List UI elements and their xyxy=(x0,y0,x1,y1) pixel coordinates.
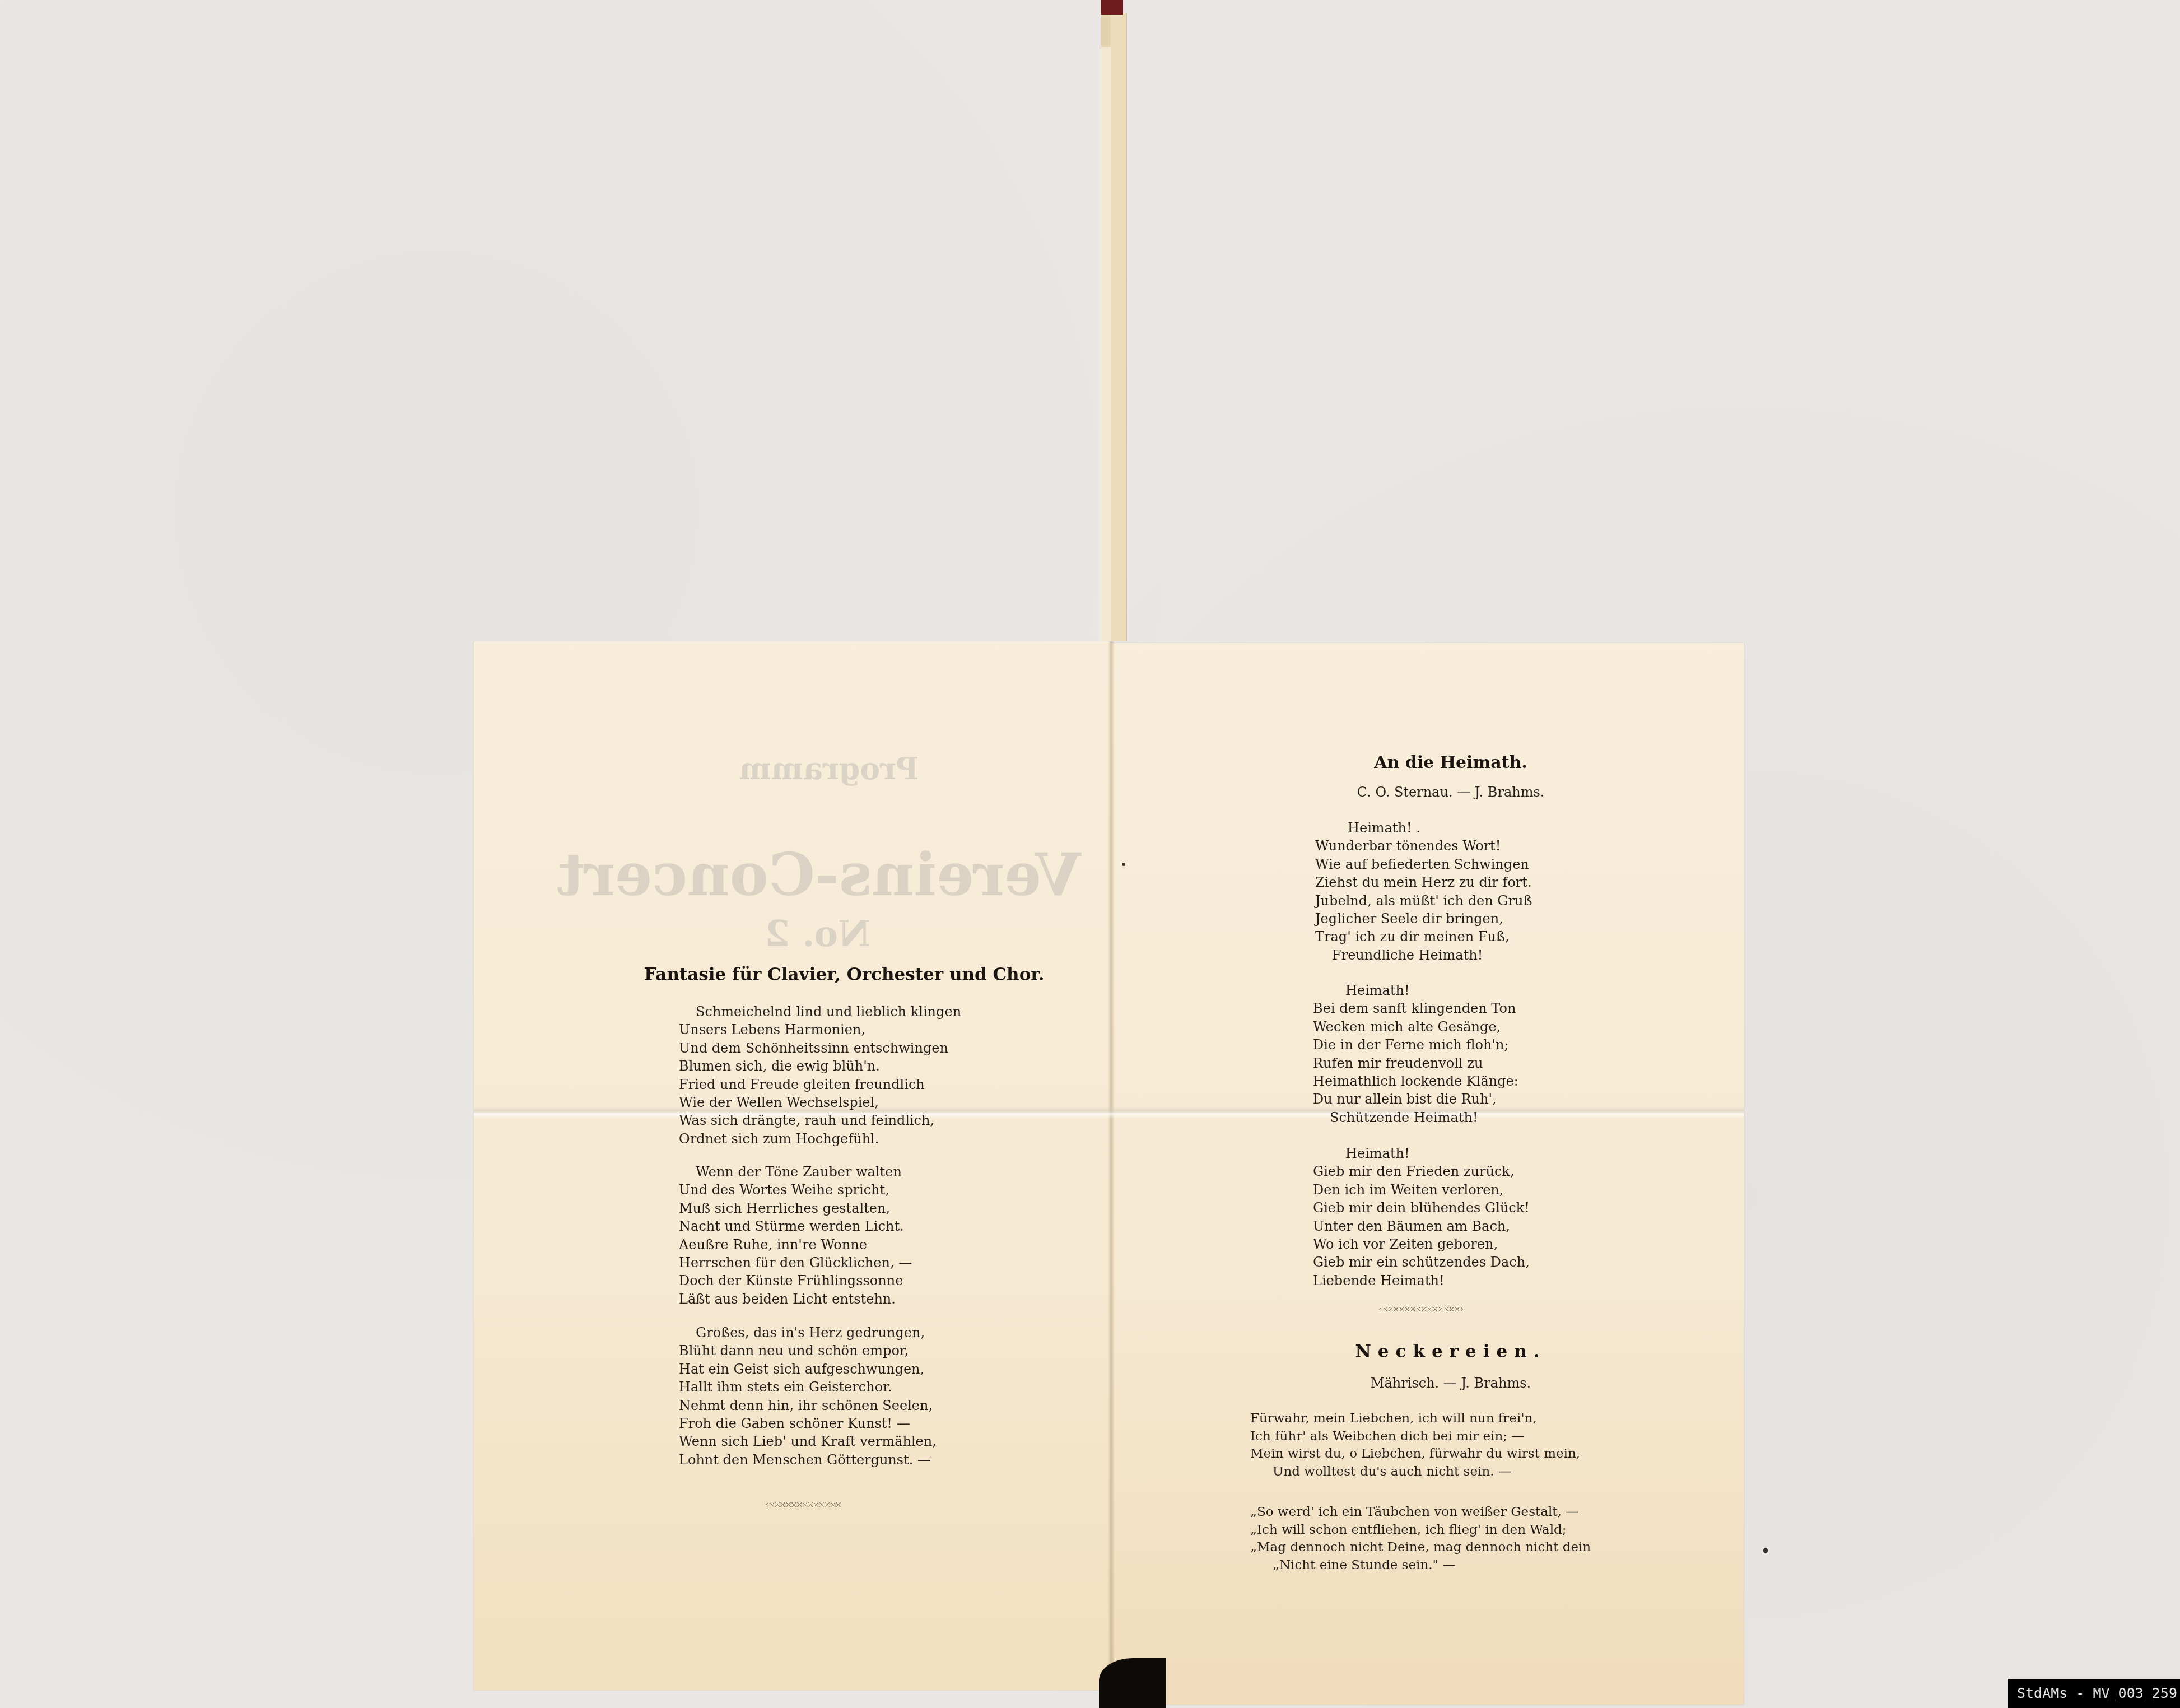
verse-line: Wenn der Töne Zauber walten xyxy=(679,1163,912,1181)
verse-line: Ordnet sich zum Hochgefühl. xyxy=(679,1130,961,1148)
verse-line: Doch der Künste Frühlingssonne xyxy=(679,1272,912,1290)
verse-line: Fried und Freude gleiten freundlich xyxy=(679,1076,961,1093)
neckereien-heading: Neckereien. xyxy=(1305,1342,1596,1362)
binding-cover-edge xyxy=(1101,0,1123,15)
verse-line: Blumen sich, die ewig blüh'n. xyxy=(679,1057,961,1075)
verse-line: Liebende Heimath! xyxy=(1313,1272,1530,1290)
verse-line: Heimath! xyxy=(1313,1144,1530,1162)
verse-line: Heimath! . xyxy=(1315,819,1532,837)
fantasie-stanza-3: Großes, das in's Herz gedrungen, Blüht d… xyxy=(679,1324,937,1469)
verse-line: Nehmt denn hin, ihr schönen Seelen, xyxy=(679,1397,937,1414)
verse-line: Unsers Lebens Harmonien, xyxy=(679,1021,961,1039)
verse-line: Muß sich Herrliches gestalten, xyxy=(679,1199,912,1217)
verse-line: Hallt ihm stets ein Geisterchor. xyxy=(679,1378,937,1396)
bleed-through-number: No. 2 xyxy=(745,913,891,955)
neckereien-stanza-1: Fürwahr, mein Liebchen, ich will nun fre… xyxy=(1250,1410,1580,1481)
verse-line: „Nicht eine Stunde sein." — xyxy=(1250,1557,1591,1575)
fantasie-heading: Fantasie für Clavier, Orchester und Chor… xyxy=(644,965,1014,985)
verse-line: Läßt aus beiden Licht entstehn. xyxy=(679,1290,912,1308)
verse-line: Wecken mich alte Gesänge, xyxy=(1313,1018,1518,1036)
bleed-through-programm: Programm xyxy=(711,751,947,786)
verse-line: „Ich will schon entfliehen, ich flieg' i… xyxy=(1250,1521,1591,1539)
verse-line: Freundliche Heimath! xyxy=(1315,946,1532,964)
fantasie-stanza-2: Wenn der Töne Zauber walten Und des Wort… xyxy=(679,1163,912,1308)
paper-speck xyxy=(1122,863,1125,866)
binding-paper-edge xyxy=(1109,13,1127,641)
verse-line: Gieb mir dein blühendes Glück! xyxy=(1313,1199,1530,1217)
verse-line: Gieb mir ein schützendes Dach, xyxy=(1313,1253,1530,1271)
archive-signature-label: StdAMs - MV_003_259 xyxy=(2008,1679,2180,1708)
verse-line: Unter den Bäumen am Bach, xyxy=(1313,1217,1530,1235)
verse-line: Was sich drängte, rauh und feindlich, xyxy=(679,1111,961,1129)
verse-line: Froh die Gaben schöner Kunst! — xyxy=(679,1414,937,1432)
center-fold xyxy=(1108,641,1115,1695)
verse-line: Blüht dann neu und schön empor, xyxy=(679,1342,937,1360)
verse-line: Wunderbar tönendes Wort! xyxy=(1315,837,1532,855)
verse-line: Großes, das in's Herz gedrungen, xyxy=(679,1324,937,1342)
verse-line: Nacht und Stürme werden Licht. xyxy=(679,1217,912,1235)
verse-line: Ziehst du mein Herz zu dir fort. xyxy=(1315,873,1532,891)
verse-line: Rufen mir freudenvoll zu xyxy=(1313,1054,1518,1072)
binding-paper-edge-top xyxy=(1101,13,1111,47)
horizontal-fold-crease xyxy=(474,1106,1744,1119)
verse-line: Wie auf befiederten Schwingen xyxy=(1315,855,1532,873)
verse-line: Fürwahr, mein Liebchen, ich will nun fre… xyxy=(1250,1410,1580,1428)
verse-line: Den ich im Weiten verloren, xyxy=(1313,1181,1530,1199)
verse-line: Lohnt den Menschen Göttergunst. — xyxy=(679,1451,937,1469)
verse-line: Jeglicher Seele dir bringen, xyxy=(1315,910,1532,928)
wavy-rule-divider xyxy=(1379,1307,1463,1311)
verse-line: Mein wirst du, o Liebchen, fürwahr du wi… xyxy=(1250,1445,1580,1463)
verse-line: „Mag dennoch nicht Deine, mag dennoch ni… xyxy=(1250,1539,1591,1557)
fantasie-stanza-1: Schmeichelnd lind und lieblich klingen U… xyxy=(679,1003,961,1148)
neckereien-byline: Mährisch. — J. Brahms. xyxy=(1305,1375,1596,1391)
verse-line: Bei dem sanft klingenden Ton xyxy=(1313,999,1518,1017)
verse-line: Heimath! xyxy=(1313,981,1518,999)
wavy-rule-divider xyxy=(766,1502,841,1507)
verse-line: Aeußre Ruhe, inn're Wonne xyxy=(679,1236,912,1254)
binding-paper-edge-inner xyxy=(1101,13,1111,641)
verse-line: „So werd' ich ein Täubchen von weißer Ge… xyxy=(1250,1504,1591,1521)
verse-line: Herrschen für den Glücklichen, — xyxy=(679,1254,912,1272)
heimath-stanza-3: Heimath! Gieb mir den Frieden zurück, De… xyxy=(1313,1144,1530,1290)
verse-line: Wenn sich Lieb' und Kraft vermählen, xyxy=(679,1432,937,1450)
verse-line: Heimathlich lockende Klänge: xyxy=(1313,1072,1518,1090)
neckereien-stanza-2: „So werd' ich ein Täubchen von weißer Ge… xyxy=(1250,1504,1591,1574)
verse-line: Und des Wortes Weihe spricht, xyxy=(679,1181,912,1199)
verse-line: Wie der Wellen Wechselspiel, xyxy=(679,1093,961,1111)
verse-line: Schützende Heimath! xyxy=(1313,1109,1518,1127)
verse-line: Trag' ich zu dir meinen Fuß, xyxy=(1315,928,1532,946)
heimath-heading: An die Heimath. xyxy=(1333,753,1568,772)
verse-line: Und dem Schönheitssinn entschwingen xyxy=(679,1039,961,1057)
verse-line: Die in der Ferne mich floh'n; xyxy=(1313,1036,1518,1054)
heimath-stanza-1: Heimath! . Wunderbar tönendes Wort! Wie … xyxy=(1315,819,1532,964)
verse-line: Und wolltest du's auch nicht sein. — xyxy=(1250,1463,1580,1481)
paper-speck xyxy=(1763,1548,1768,1553)
heimath-stanza-2: Heimath! Bei dem sanft klingenden Ton We… xyxy=(1313,981,1518,1127)
verse-line: Jubelnd, als müßt' ich den Gruß xyxy=(1315,892,1532,910)
gutter-shadow xyxy=(1099,1658,1166,1708)
verse-line: Schmeichelnd lind und lieblich klingen xyxy=(679,1003,961,1021)
verse-line: Du nur allein bist die Ruh', xyxy=(1313,1090,1518,1108)
heimath-byline: C. O. Sternau. — J. Brahms. xyxy=(1305,784,1596,800)
verse-line: Wo ich vor Zeiten geboren, xyxy=(1313,1235,1530,1253)
verse-line: Gieb mir den Frieden zurück, xyxy=(1313,1162,1530,1180)
verse-line: Hat ein Geist sich aufgeschwungen, xyxy=(679,1360,937,1378)
bleed-through-title: Vereins-Concert xyxy=(577,840,1081,909)
verse-line: Ich führ' als Weibchen dich bei mir ein;… xyxy=(1250,1428,1580,1446)
